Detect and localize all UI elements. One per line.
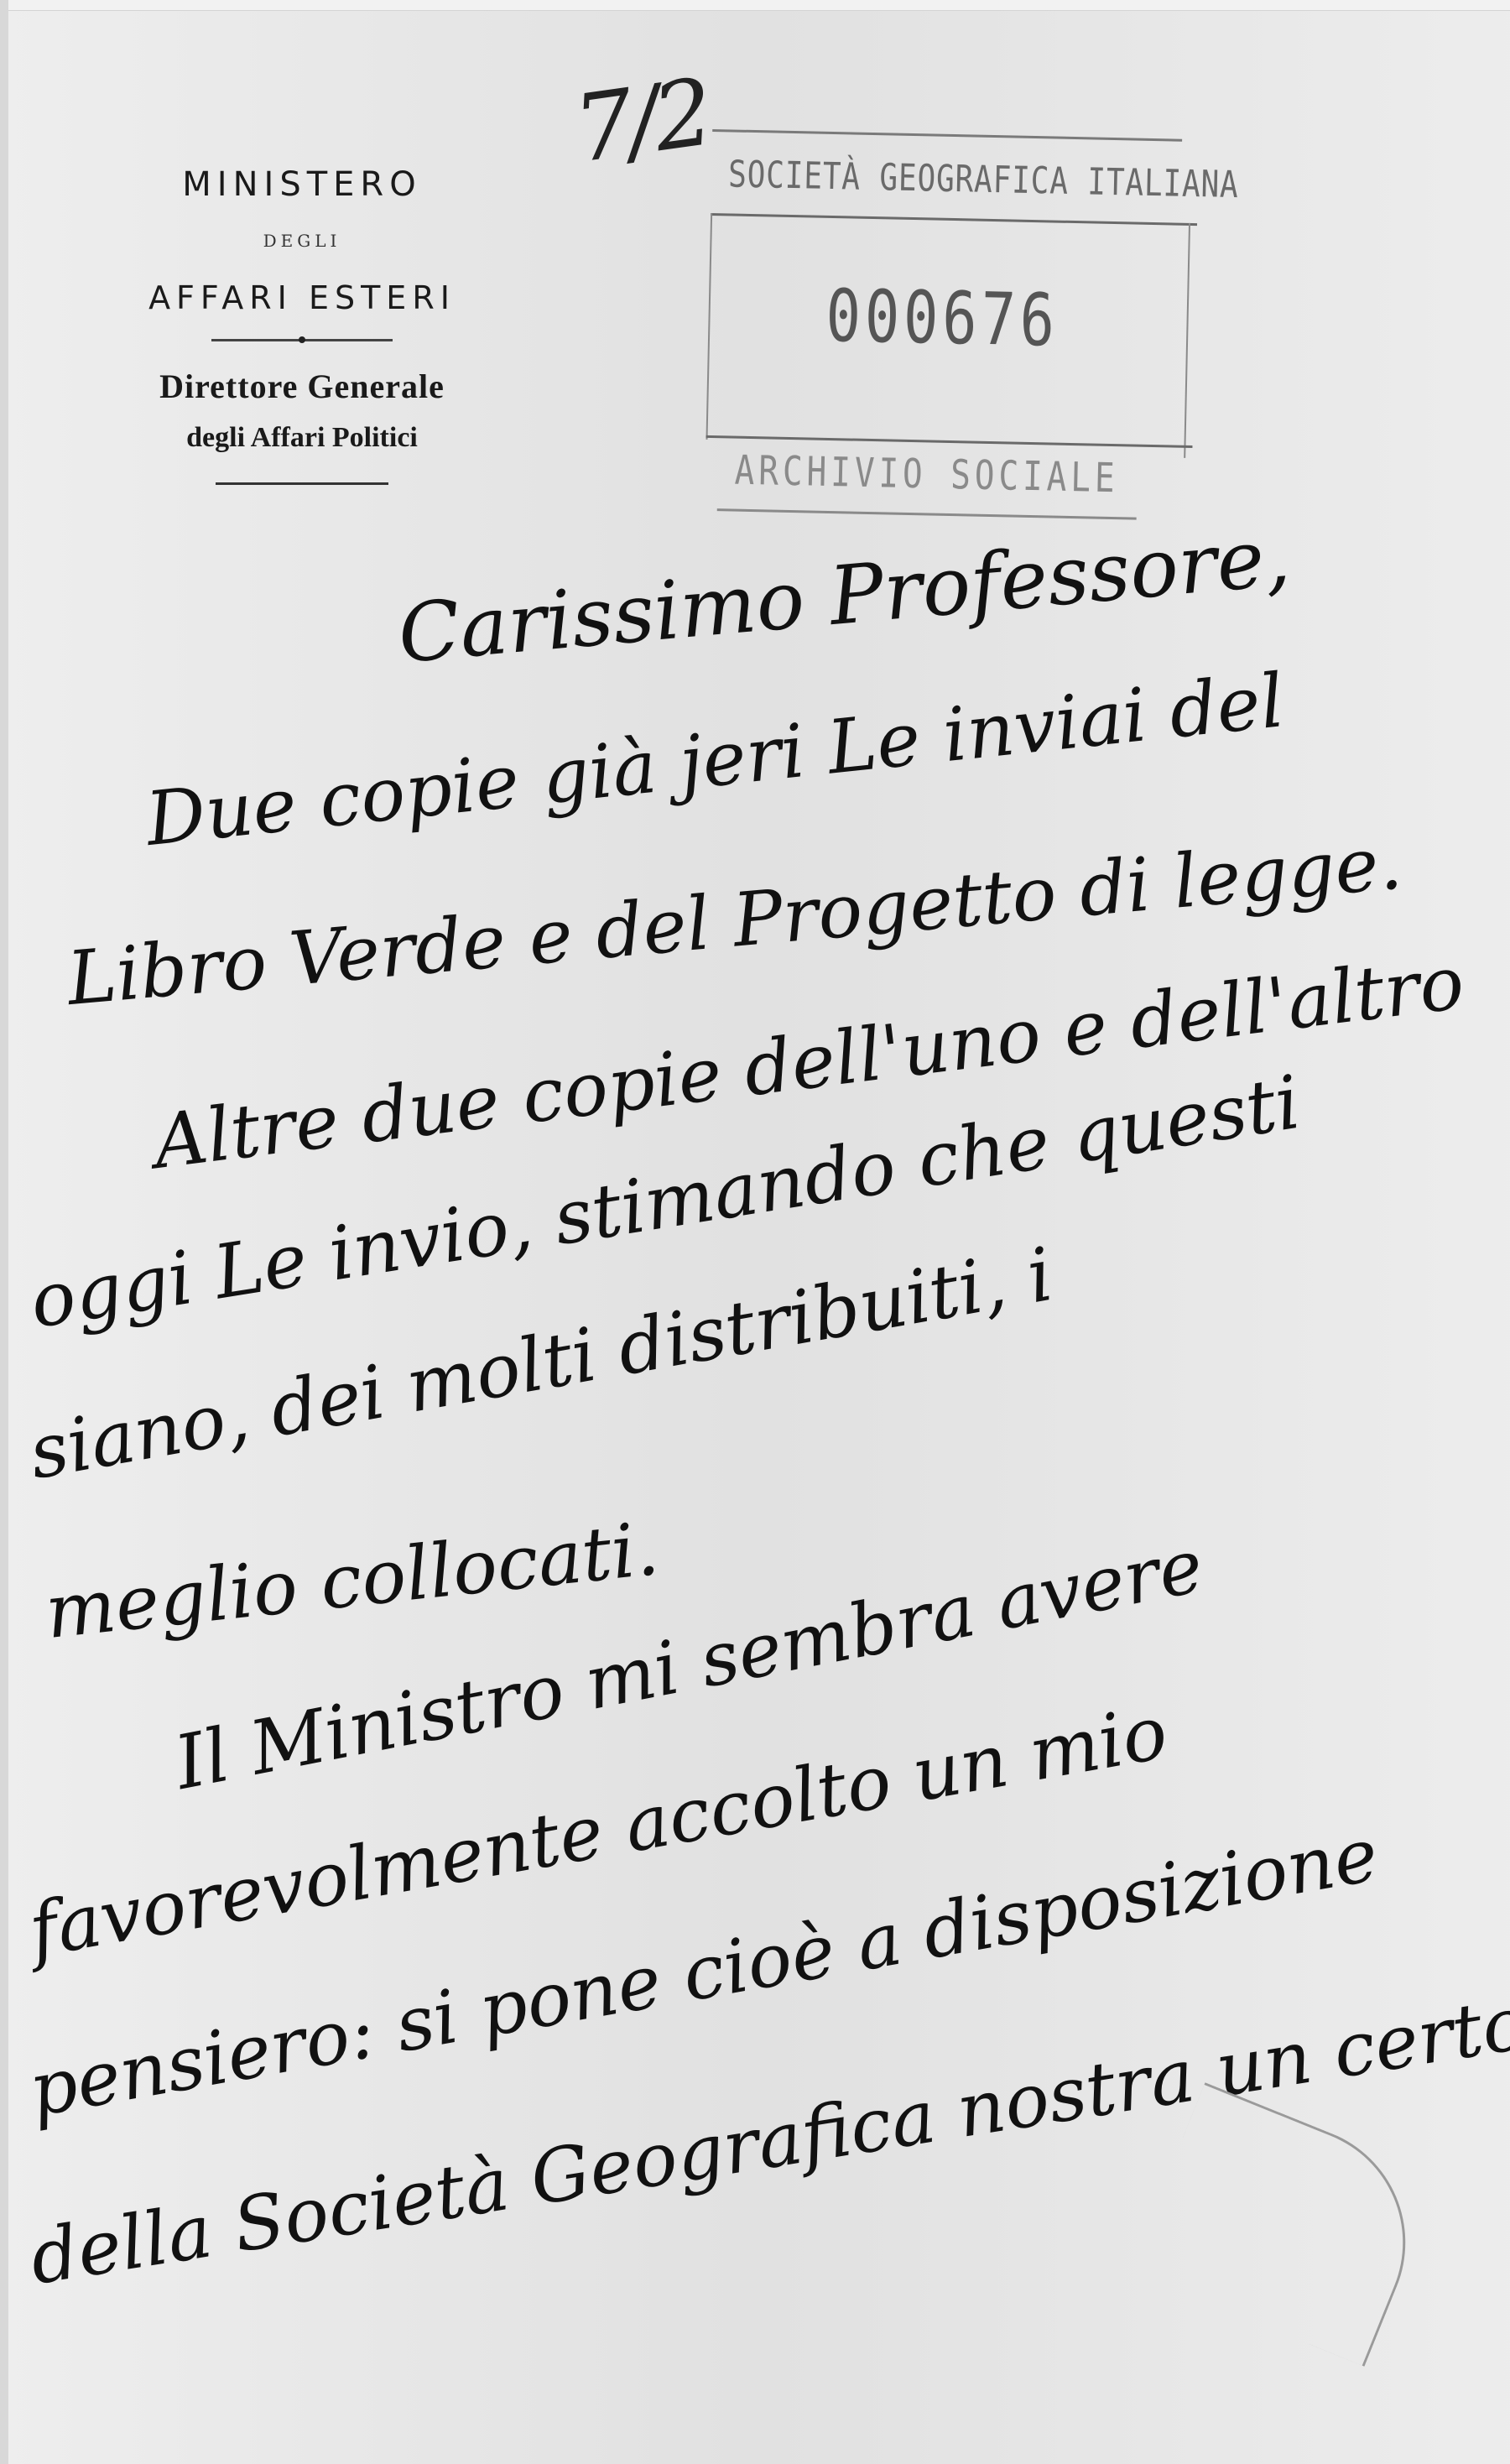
ornamental-divider (211, 339, 393, 341)
stamp-number: 000676 (825, 274, 1060, 363)
stamp-footer: ARCHIVIO SOCIALE (734, 447, 1119, 503)
stamp-border-left (706, 213, 713, 440)
page-top-edge (0, 0, 1510, 11)
letterhead-degli: DEGLI (75, 227, 528, 255)
pencil-curve-mark (1129, 2082, 1441, 2367)
letterhead-affari-esteri: AFFARI ESTERI (75, 275, 528, 320)
letter-line: meglio collocati. (41, 1505, 663, 1655)
letterhead: MINISTERO DEGLI AFFARI ESTERI Direttore … (75, 159, 528, 485)
archive-stamp: SOCIETÀ GEOGRAFICA ITALIANA 000676 ARCHI… (706, 129, 1199, 475)
letterhead-bottom-divider (216, 482, 388, 485)
page-left-edge (0, 0, 8, 2464)
stamp-border-top (712, 129, 1182, 142)
stamp-border-right (1184, 223, 1190, 458)
divider-dot-icon (299, 336, 305, 343)
letterhead-affari-politici: degli Affari Politici (75, 419, 528, 457)
letter-line: Due copie già jeri Le inviai del (142, 657, 1288, 862)
letterhead-direttore-generale: Direttore Generale (75, 365, 528, 409)
letterhead-ministero: MINISTERO (75, 159, 528, 210)
stamp-base-line (717, 508, 1137, 519)
pencil-annotation: 7/2 (568, 59, 715, 184)
stamp-header: SOCIETÀ GEOGRAFICA ITALIANA (728, 153, 1240, 206)
stamp-border-mid (711, 213, 1197, 226)
stamp-border-bottom (706, 435, 1193, 448)
letter-salutation: Carissimo Professore, (394, 510, 1294, 681)
letter-page: MINISTERO DEGLI AFFARI ESTERI Direttore … (0, 0, 1510, 2464)
